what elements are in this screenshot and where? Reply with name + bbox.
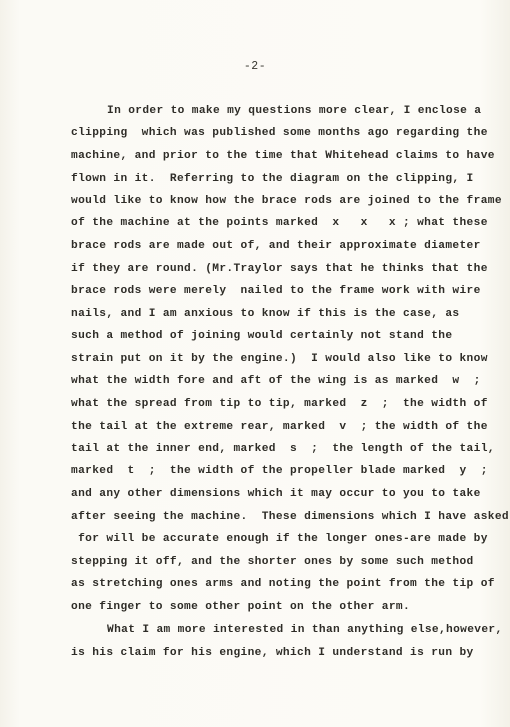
text-line: brace rods are made out of, and their ap… — [71, 239, 481, 253]
text-line: is his claim for his engine, which I und… — [71, 646, 474, 660]
text-line: after seeing the machine. These dimensio… — [71, 510, 509, 524]
text-line: clipping which was published some months… — [71, 126, 488, 140]
text-line: the tail at the extreme rear, marked v ;… — [71, 420, 488, 434]
text-line: for will be accurate enough if the longe… — [71, 532, 488, 546]
text-line: strain put on it by the engine.) I would… — [71, 352, 488, 366]
text-line: would like to know how the brace rods ar… — [71, 194, 502, 208]
text-line: what the width fore and aft of the wing … — [71, 374, 481, 388]
text-line: one finger to some other point on the ot… — [71, 600, 410, 614]
page-number: -2- — [0, 60, 510, 73]
text-line: what the spread from tip to tip, marked … — [71, 397, 488, 411]
text-line: brace rods were merely nailed to the fra… — [71, 284, 481, 298]
text-line: of the machine at the points marked x x … — [71, 216, 488, 230]
text-line: as stretching ones arms and noting the p… — [71, 577, 495, 591]
text-line: tail at the inner end, marked s ; the le… — [71, 442, 495, 456]
text-line: marked t ; the width of the propeller bl… — [71, 464, 488, 478]
text-line: flown in it. Referring to the diagram on… — [71, 172, 474, 186]
text-line: and any other dimensions which it may oc… — [71, 487, 481, 501]
text-line: What I am more interested in than anythi… — [107, 623, 503, 637]
text-line: nails, and I am anxious to know if this … — [71, 307, 460, 321]
text-line: stepping it off, and the shorter ones by… — [71, 555, 474, 569]
text-line: machine, and prior to the time that Whit… — [71, 149, 495, 163]
typed-letter-page: -2- In order to make my questions more c… — [0, 0, 510, 727]
text-line: if they are round. (Mr.Traylor says that… — [71, 262, 488, 276]
text-line: In order to make my questions more clear… — [107, 104, 481, 118]
text-line: such a method of joining would certainly… — [71, 329, 452, 343]
